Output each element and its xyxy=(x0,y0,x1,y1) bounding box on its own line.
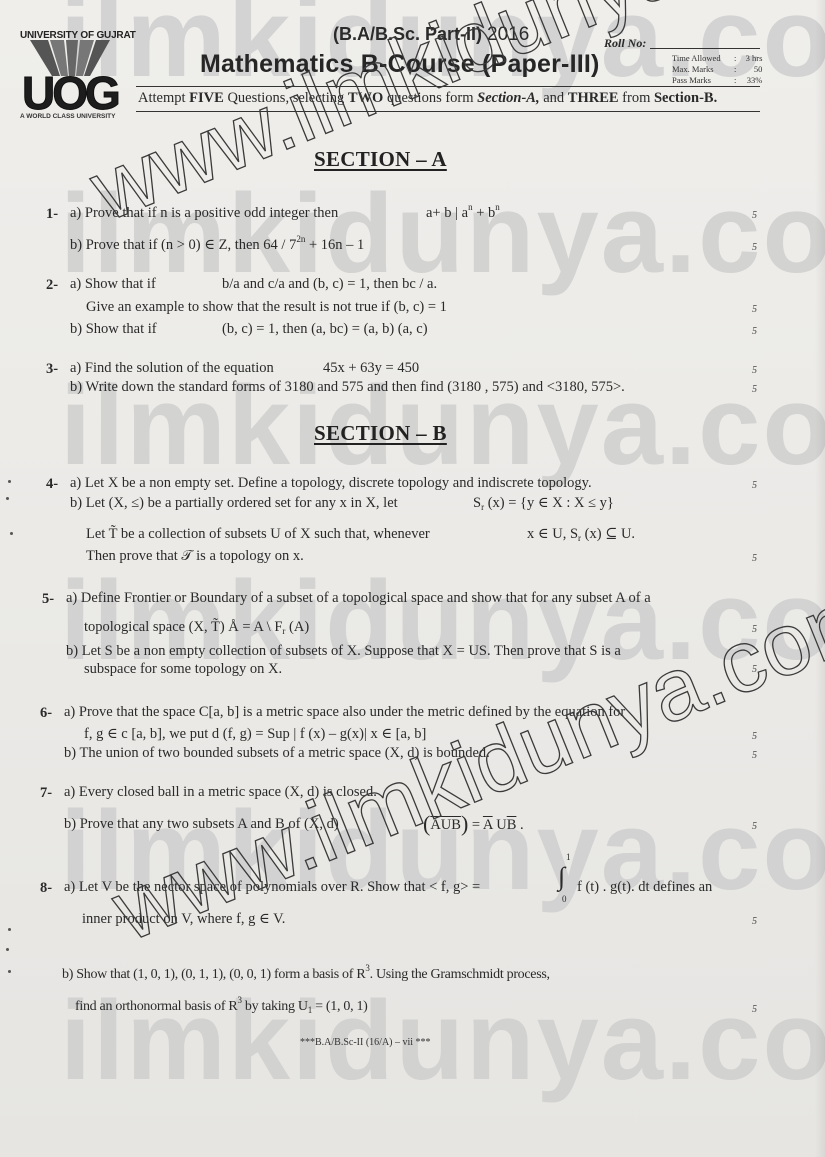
part-text: Let (X, ≤) be a partially ordered set fo… xyxy=(86,495,398,511)
scan-speck xyxy=(8,480,11,483)
roll-no-field[interactable] xyxy=(650,48,760,49)
marks: 5 xyxy=(752,210,757,221)
question-2b-math: (b, c) = 1, then (a, bc) = (a, b) (a, c) xyxy=(222,322,428,337)
scan-speck xyxy=(6,948,9,951)
marks: 5 xyxy=(752,553,757,564)
scan-speck xyxy=(10,532,13,535)
question-3a: a) Find the solution of the equation xyxy=(70,361,274,376)
marks: 5 xyxy=(752,821,757,832)
meta-label: Pass Marks xyxy=(672,75,734,85)
instr-section-a: Section-A, xyxy=(477,90,539,106)
math-closure: A xyxy=(483,817,493,833)
part-text: Write down the standard forms of 3180 an… xyxy=(85,379,624,395)
part-label: a) xyxy=(64,879,75,895)
part-text: Prove that if (n > 0) ∈ Z, then 64 / 7 xyxy=(86,237,297,253)
math: (x) ⊆ U. xyxy=(581,526,635,542)
question-5b: b) Let S be a non empty collection of su… xyxy=(66,644,621,659)
math: topological space (X, T̃) Å = A \ F xyxy=(84,619,282,635)
meta-value: 3 hrs xyxy=(736,53,762,63)
math-closure: B xyxy=(507,817,517,833)
part-label: a) xyxy=(70,205,81,221)
integral-lower-limit: 0 xyxy=(562,894,567,904)
marks: 5 xyxy=(752,365,757,376)
question-8b-line2: find an orthonormal basis of R3 by takin… xyxy=(75,1000,368,1014)
meta-time-allowed: Time Allowed:3 hrs xyxy=(672,53,762,63)
question-8a-integrand: f (t) . g(t). dt defines an xyxy=(577,880,712,895)
part-label: b) xyxy=(70,321,82,337)
question-4b-line2-math: x ∈ U, Sr (x) ⊆ U. xyxy=(527,527,635,542)
part-text: Show that if xyxy=(86,321,157,337)
math: . xyxy=(516,817,523,833)
instr-text: and xyxy=(540,90,568,106)
question-2a: a) Show that if xyxy=(70,277,156,292)
instr-text: from xyxy=(619,90,654,106)
part-label: a) xyxy=(70,475,81,491)
question-number: 8- xyxy=(40,880,52,897)
section-b-title: SECTION – B xyxy=(314,421,447,446)
marks: 5 xyxy=(752,384,757,395)
math-sup: n xyxy=(495,202,500,212)
logo-letters: UOG xyxy=(22,66,118,120)
meta-pass-marks: Pass Marks:33% xyxy=(672,75,762,85)
part-text: Let S be a non empty collection of subse… xyxy=(82,643,621,659)
part-text: Define Frontier or Boundary of a subset … xyxy=(81,590,651,606)
part-label: b) xyxy=(66,643,78,659)
integral-upper-limit: 1 xyxy=(566,852,571,862)
instr-three: THREE xyxy=(568,90,619,106)
part-text: find an orthonormal basis of R xyxy=(75,999,237,1014)
math: (x) = {y ∈ X : X ≤ y} xyxy=(484,495,614,511)
paper-code-footer: ***B.A/B.Sc-II (16/A) – vii *** xyxy=(300,1037,431,1048)
question-3b: b) Write down the standard forms of 3180… xyxy=(70,380,625,395)
question-2a-math: b/a and c/a and (b, c) = 1, then bc / a. xyxy=(222,277,437,292)
meta-label: Max. Marks xyxy=(672,64,734,74)
part-label: b) xyxy=(62,967,73,982)
exam-paper-page: ilmkidunya.com ilmkidunya.com ilmkidunya… xyxy=(0,0,825,1157)
part-label: b) xyxy=(64,745,76,761)
part-label: a) xyxy=(64,784,75,800)
part-text: . Using the Gramschmidt process, xyxy=(370,967,550,982)
question-number: 6- xyxy=(40,705,52,722)
marks: 5 xyxy=(752,731,757,742)
university-tagline: A WORLD CLASS UNIVERSITY xyxy=(20,113,115,120)
question-1a-math: a+ b | an + bn xyxy=(426,206,500,221)
marks: 5 xyxy=(752,916,757,927)
question-5b-line2: subspace for some topology on X. xyxy=(84,662,282,677)
scan-speck xyxy=(6,497,9,500)
question-number: 3- xyxy=(46,361,58,378)
question-8b: b) Show that (1, 0, 1), (0, 1, 1), (0, 0… xyxy=(62,968,550,982)
math: S xyxy=(473,495,481,511)
math-sup: 2n xyxy=(296,234,305,244)
scan-speck xyxy=(8,928,11,931)
part-label: b) xyxy=(64,816,76,832)
question-number: 5- xyxy=(42,591,54,608)
section-a-title: SECTION – A xyxy=(314,147,447,172)
part-label: a) xyxy=(70,276,81,292)
question-number: 1- xyxy=(46,206,58,223)
part-text: = (1, 0, 1) xyxy=(312,999,368,1014)
marks: 5 xyxy=(752,242,757,253)
part-label: b) xyxy=(70,379,82,395)
question-number: 4- xyxy=(46,476,58,493)
marks: 5 xyxy=(752,750,757,761)
question-1b: b) Prove that if (n > 0) ∈ Z, then 64 / … xyxy=(70,238,364,253)
math: x ∈ U, S xyxy=(527,526,578,542)
scan-speck xyxy=(8,970,11,973)
question-5a-line2: topological space (X, T̃) Å = A \ Fr (A) xyxy=(84,620,309,635)
part-text: Let X be a non empty set. Define a topol… xyxy=(85,475,592,491)
question-4b: b) Let (X, ≤) be a partially ordered set… xyxy=(70,496,398,511)
instr-text: Attempt xyxy=(138,90,189,106)
question-4b-line3: Then prove that 𝒯 is a topology on x. xyxy=(86,549,304,564)
meta-value: 50 xyxy=(736,64,762,74)
marks: 5 xyxy=(752,326,757,337)
integral-sign: ∫ xyxy=(558,862,565,892)
part-text: Show that (1, 0, 1), (0, 1, 1), (0, 0, 1… xyxy=(76,967,365,982)
meta-max-marks: Max. Marks:50 xyxy=(672,64,762,74)
marks: 5 xyxy=(752,304,757,315)
question-4b-line2: Let T̃ be a collection of subsets U of X… xyxy=(86,527,430,542)
math: (A) xyxy=(285,619,309,635)
question-6a-line2: f, g ∈ c [a, b], we put d (f, g) = Sup |… xyxy=(84,727,426,742)
part-text: + 16n – 1 xyxy=(305,237,364,253)
part-text: Find the solution of the equation xyxy=(85,360,274,376)
part-text: by taking U xyxy=(242,999,308,1014)
question-3a-math: 45x + 63y = 450 xyxy=(323,361,419,376)
math: U xyxy=(493,817,507,833)
part-label: a) xyxy=(64,704,75,720)
math: a+ b | a xyxy=(426,205,468,221)
instr-section-b: Section-B. xyxy=(654,90,717,106)
question-4b-math: Sr (x) = {y ∈ X : X ≤ y} xyxy=(473,496,614,511)
part-text: Show that if xyxy=(85,276,156,292)
meta-label: Time Allowed xyxy=(672,53,734,63)
part-label: b) xyxy=(70,495,82,511)
marks: 5 xyxy=(752,1004,757,1015)
part-label: b) xyxy=(70,237,82,253)
question-2a-line2: Give an example to show that the result … xyxy=(86,300,447,315)
question-number: 2- xyxy=(46,277,58,294)
part-label: a) xyxy=(70,360,81,376)
question-4a: a) Let X be a non empty set. Define a to… xyxy=(70,476,592,491)
marks: 5 xyxy=(752,480,757,491)
question-5a: a) Define Frontier or Boundary of a subs… xyxy=(66,591,651,606)
question-number: 7- xyxy=(40,785,52,802)
math: + b xyxy=(473,205,496,221)
question-2b: b) Show that if xyxy=(70,322,157,337)
meta-value: 33% xyxy=(736,75,762,85)
part-label: a) xyxy=(66,590,77,606)
